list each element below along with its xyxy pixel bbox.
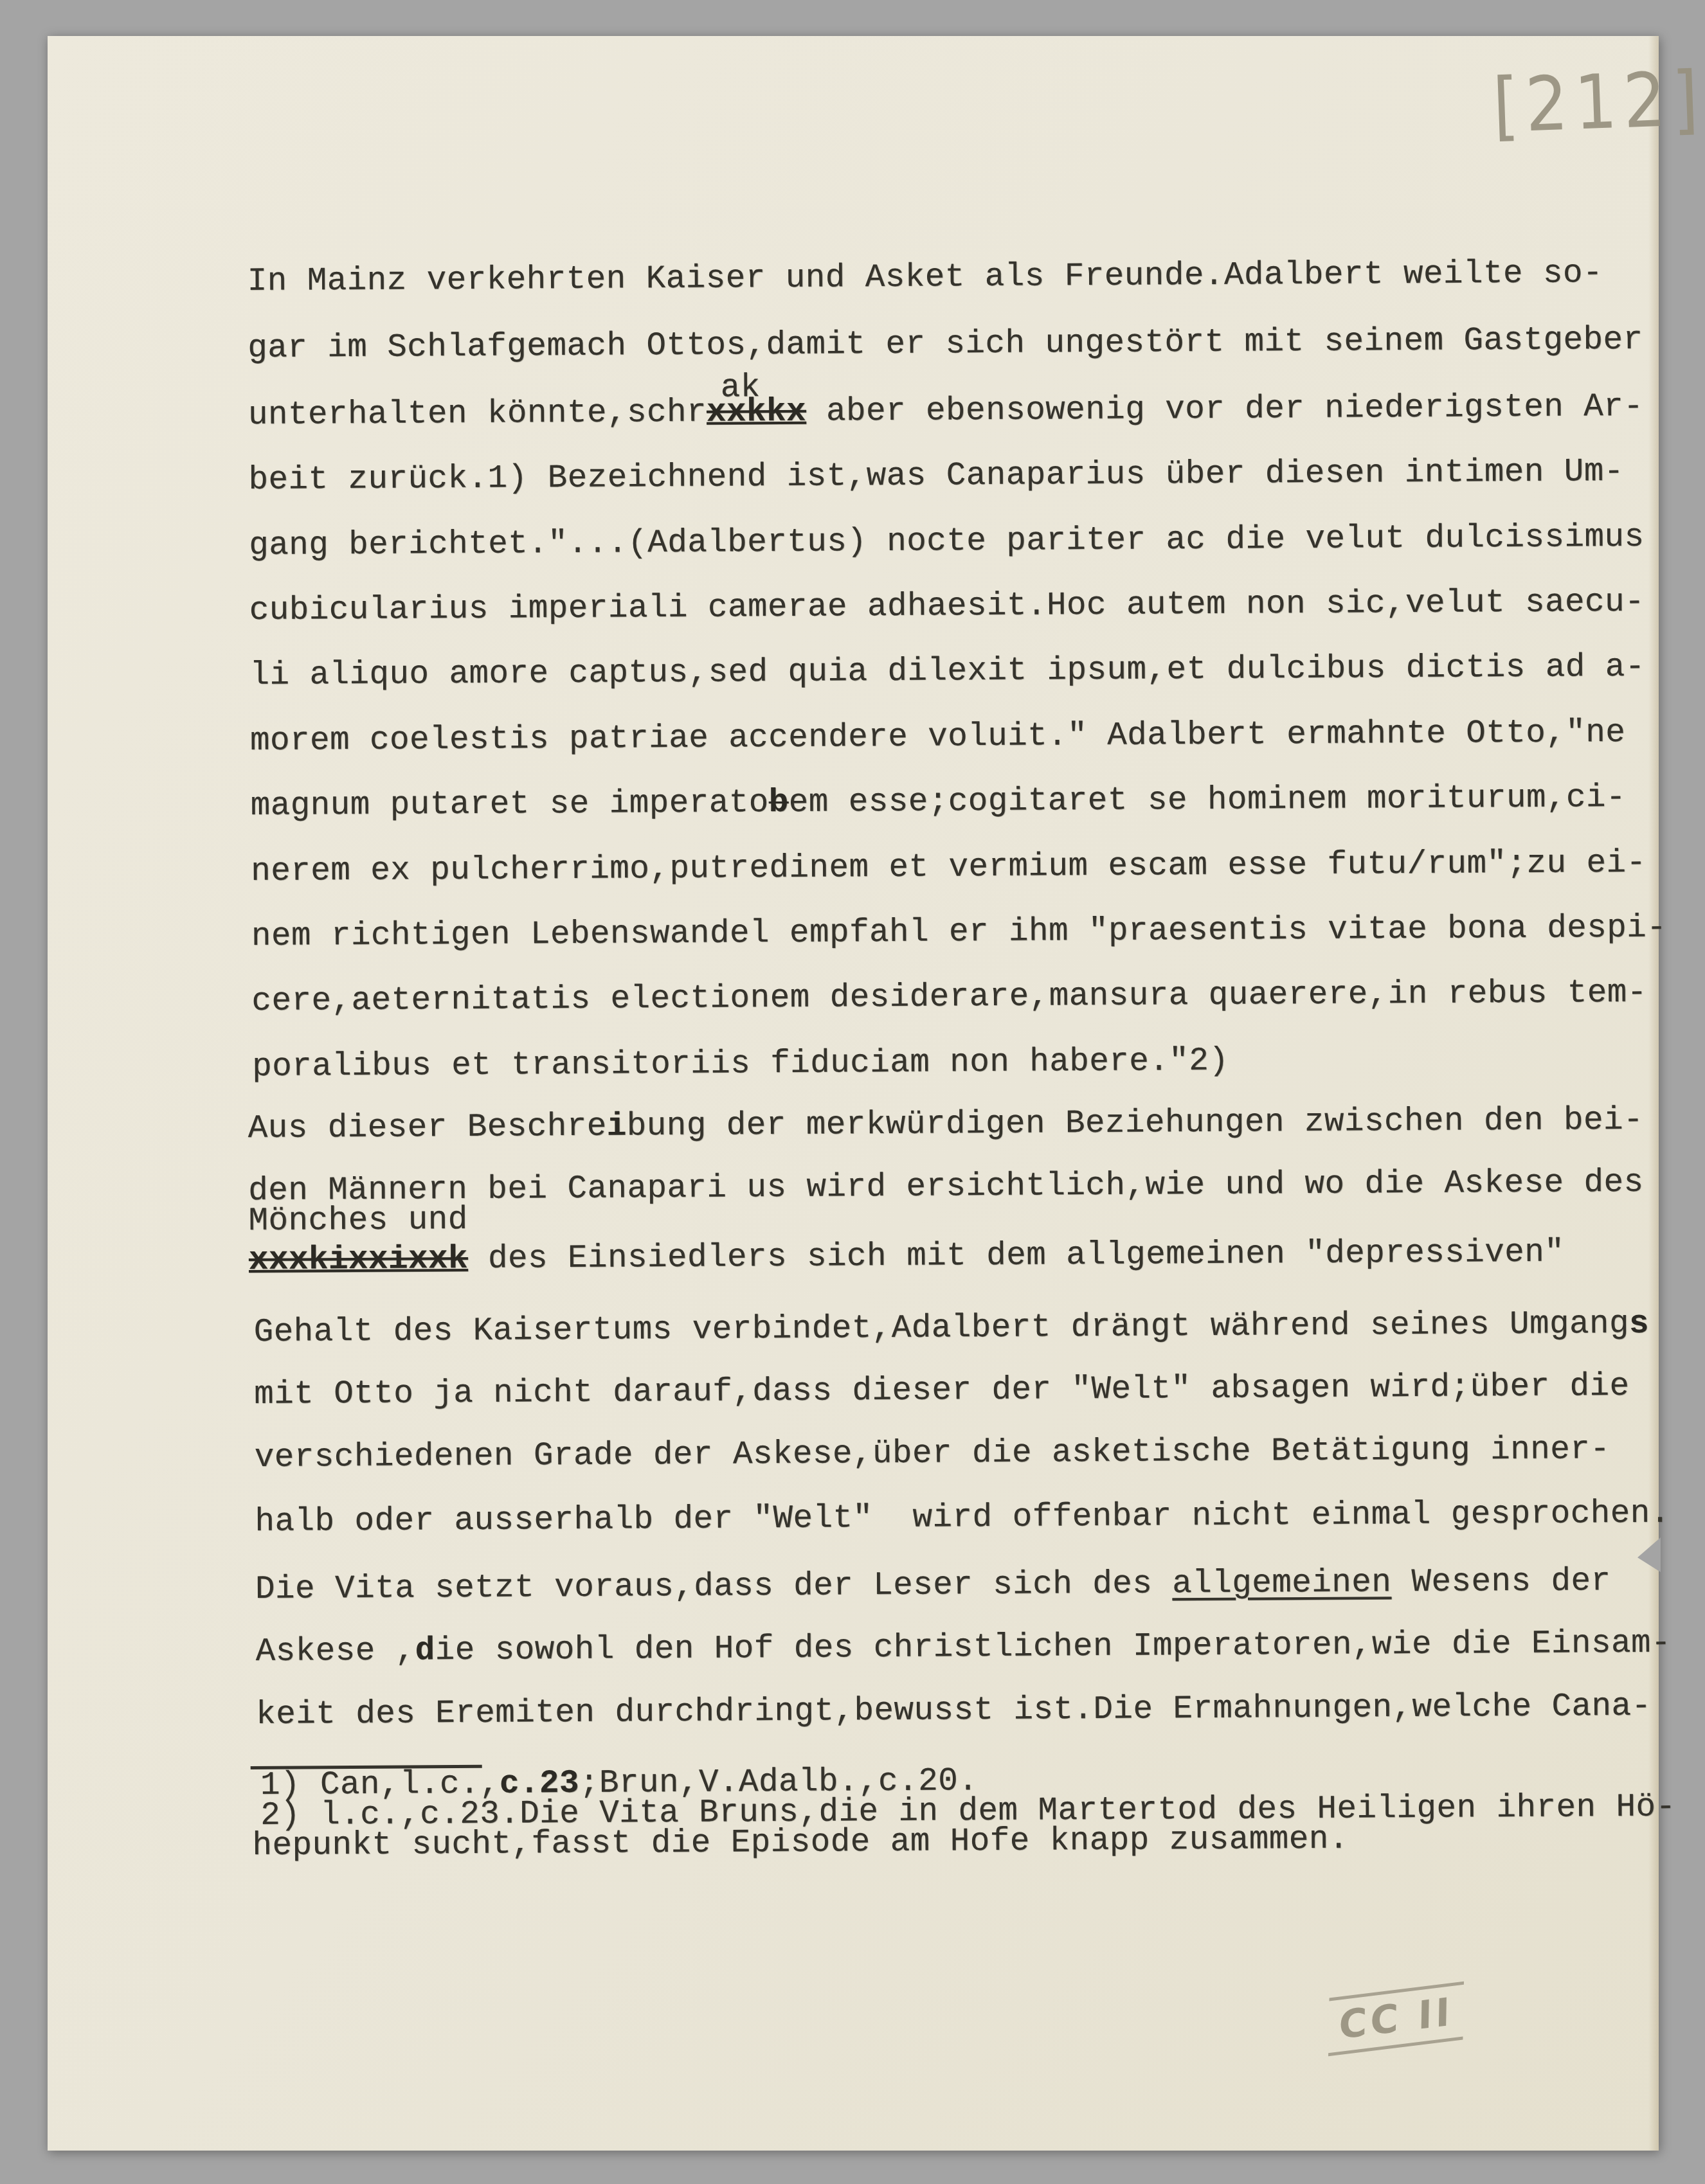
typed-line: Aus dieser Beschreibung der merkwürdigen… (248, 1104, 1643, 1145)
typed-segment-b: i (607, 1108, 627, 1145)
typed-segment-u: allgemeinen (1172, 1564, 1391, 1602)
typed-segment-b: d (415, 1633, 435, 1669)
typed-segment: cere,aeternitatis electionem desiderare,… (251, 975, 1647, 1020)
typed-segment-xout: xxkkx (707, 394, 806, 431)
typed-line: cubicularius imperiali camerae adhaesit.… (249, 586, 1645, 627)
typed-segment: aber ebensowenig vor der niederigsten Ar… (806, 389, 1644, 431)
typed-line: Askese ,die sowohl den Hof des christlic… (255, 1627, 1671, 1669)
typed-line: li aliquo amore captus,sed quia dilexit … (249, 651, 1645, 692)
typed-segment: nem richtigen Lebenswandel empfahl er ih… (251, 910, 1667, 955)
typed-segment: In Mainz verkehrten Kaiser und Asket als… (247, 255, 1603, 300)
typed-segment: mit Otto ja nicht darauf,dass dieser der… (254, 1368, 1630, 1413)
typed-line: keit des Eremiten durchdringt,bewusst is… (256, 1690, 1652, 1732)
typed-segment: nerem ex pulcherrimo,putredinem et vermi… (251, 845, 1646, 890)
typed-segment-ov: b (769, 785, 789, 821)
typed-segment: Die Vita setzt voraus,dass der Leser sic… (255, 1566, 1173, 1608)
typed-segment: des Einsiedlers sich mit dem allgemeinen… (468, 1235, 1565, 1278)
typed-segment: Gehalt des Kaisertums verbindet,Adalbert… (253, 1306, 1629, 1351)
typed-segment: Askese , (255, 1633, 415, 1670)
typed-line: halb oder ausserhalb der "Welt" wird off… (255, 1498, 1670, 1539)
typed-line: nem richtigen Lebenswandel empfahl er ih… (251, 912, 1667, 953)
typed-segment: bung der merkwürdigen Beziehungen zwisch… (627, 1102, 1644, 1145)
typed-line: morem coelestis patriae accendere voluit… (250, 717, 1626, 758)
typed-segment: morem coelestis patriae accendere voluit… (250, 715, 1626, 760)
typed-line: poralibus et transitoriis fiduciam non h… (252, 1045, 1229, 1084)
typed-line: Gehalt des Kaisertums verbindet,Adalbert… (253, 1308, 1649, 1349)
typed-segment: unterhalten könnte,schr (248, 395, 707, 434)
typed-segment: cubicularius imperiali camerae adhaesit.… (249, 584, 1645, 629)
scanned-page-background: { "page": { "background_color": "#a4a4a4… (0, 0, 1705, 2184)
typed-segment: ie sowohl den Hof des christlichen Imper… (435, 1625, 1672, 1670)
typed-text-layer: In Mainz verkehrten Kaiser und Asket als… (0, 0, 1705, 2184)
typed-line: unterhalten könnte,schrxxkkx aber ebenso… (248, 391, 1644, 432)
typed-line: In Mainz verkehrten Kaiser und Asket als… (247, 257, 1603, 298)
typed-line: nerem ex pulcherrimo,putredinem et vermi… (251, 847, 1646, 888)
typed-segment: verschiedenen Grade der Askese,über die … (255, 1431, 1610, 1476)
typed-segment: halb oder ausserhalb der "Welt" wird off… (255, 1496, 1670, 1541)
typed-line: hepunkt sucht,fasst die Episode am Hofe … (252, 1823, 1349, 1863)
typed-segment-xout: xxxkixxixxk (249, 1241, 468, 1279)
typed-segment-b: s (1629, 1306, 1649, 1343)
typed-line: verschiedenen Grade der Askese,über die … (255, 1433, 1610, 1474)
typed-line: Mönches und (248, 1204, 467, 1238)
typed-segment: keit des Eremiten durchdringt,bewusst is… (256, 1688, 1652, 1733)
typed-line: cere,aeternitatis electionem desiderare,… (251, 977, 1647, 1018)
typed-segment: Aus dieser Beschre (248, 1109, 606, 1147)
typed-segment: hepunkt sucht,fasst die Episode am Hofe … (252, 1821, 1349, 1865)
typed-line: mit Otto ja nicht darauf,dass dieser der… (254, 1370, 1630, 1411)
typed-line: gar im Schlafgemach Ottos,damit er sich … (248, 324, 1643, 365)
typed-segment: magnum putaret se imperato (250, 785, 768, 825)
typed-line: gang berichtet."...(Adalbertus) nocte pa… (249, 521, 1645, 562)
typed-line: magnum putaret se imperatobem esse;cogit… (250, 782, 1626, 823)
typed-segment: Mönches und (248, 1202, 467, 1240)
typed-segment: gar im Schlafgemach Ottos,damit er sich … (248, 322, 1643, 367)
typed-segment: poralibus et transitoriis fiduciam non h… (252, 1043, 1229, 1086)
typed-line: Die Vita setzt voraus,dass der Leser sic… (255, 1565, 1611, 1606)
typed-line: beit zurück.1) Bezeichnend ist,was Canap… (248, 456, 1624, 497)
typed-segment: Wesens der (1391, 1563, 1610, 1601)
typed-segment: gang berichtet."...(Adalbertus) nocte pa… (249, 519, 1645, 564)
typed-segment: beit zurück.1) Bezeichnend ist,was Canap… (248, 454, 1624, 499)
typed-segment: em esse;cogitaret se hominem moriturum,c… (789, 780, 1627, 821)
typed-segment: li aliquo amore captus,sed quia dilexit … (249, 649, 1645, 694)
handwritten-page-number: [212] (1492, 55, 1705, 150)
typed-line: xxxkixxixxk des Einsiedlers sich mit dem… (249, 1237, 1565, 1277)
